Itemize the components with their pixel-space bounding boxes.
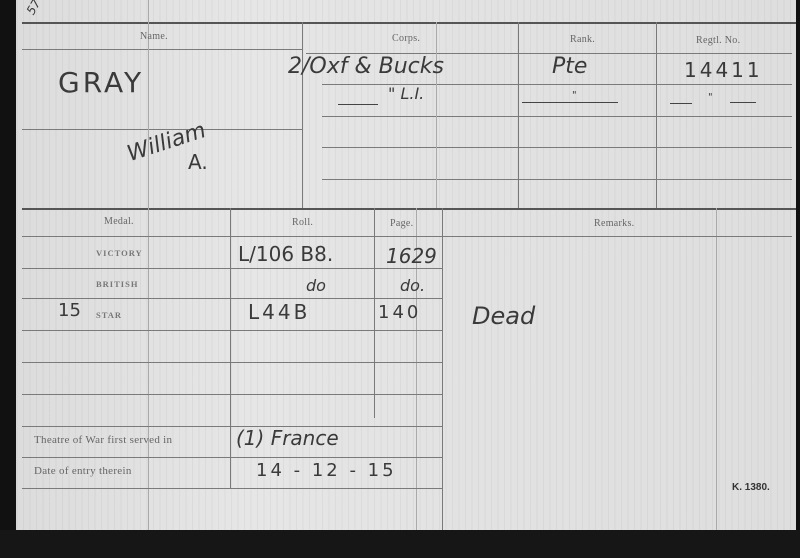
rank-ditto: " bbox=[572, 90, 577, 101]
medal-british-label: British bbox=[96, 279, 138, 289]
medal-roll-divider bbox=[230, 208, 231, 488]
scan-border-right bbox=[796, 0, 800, 558]
medal-victory-label: Victory bbox=[96, 248, 143, 258]
corps-ditto-dash bbox=[338, 104, 378, 105]
medal-rule-1 bbox=[22, 268, 442, 269]
medal-rule-3 bbox=[22, 330, 442, 331]
theatre-rule bbox=[22, 457, 442, 458]
section-divider bbox=[22, 208, 796, 210]
form-code: K. 1380. bbox=[732, 482, 770, 493]
page-header: Page. bbox=[390, 218, 413, 229]
scan-border-left bbox=[0, 0, 16, 558]
page-remarks-divider bbox=[442, 208, 443, 530]
rank-label: Rank. bbox=[570, 34, 595, 45]
british-page: do. bbox=[400, 276, 425, 295]
remarks-header: Remarks. bbox=[594, 218, 634, 229]
scan-border-bottom bbox=[0, 530, 800, 558]
star-prefix: 15 bbox=[58, 300, 81, 321]
corps-label: Corps. bbox=[392, 33, 420, 44]
roll-header: Roll. bbox=[292, 217, 313, 228]
star-page: 140 bbox=[378, 302, 421, 323]
theatre-label: Theatre of War first served in bbox=[34, 434, 172, 446]
corps-rule-2 bbox=[322, 116, 792, 117]
date-rule bbox=[22, 488, 442, 489]
medal-rule-2 bbox=[22, 298, 442, 299]
remarks-inner-line bbox=[716, 208, 717, 530]
medal-rule-5 bbox=[22, 394, 442, 395]
rank-value: Pte bbox=[552, 54, 587, 79]
date-label: Date of entry therein bbox=[34, 465, 132, 477]
medal-header-rule bbox=[22, 236, 792, 237]
star-roll: L44B bbox=[248, 300, 310, 324]
regtl-ditto: " bbox=[708, 92, 713, 103]
initial: A. bbox=[188, 150, 208, 174]
corps-inner-line bbox=[436, 22, 437, 208]
roll-page-divider bbox=[374, 208, 375, 418]
surname: GRAY bbox=[58, 66, 144, 99]
corps-rule-4 bbox=[322, 179, 792, 180]
name-header-rule bbox=[22, 49, 302, 50]
corps-value: 2/Oxf & Bucks bbox=[288, 54, 444, 79]
medal-header: Medal. bbox=[104, 216, 134, 227]
medal-index-card: 57 Name. Corps. Rank. Regtl. No. GRAY Wi… bbox=[16, 0, 796, 530]
corps-value-line2: " L.I. bbox=[388, 84, 424, 103]
name-label: Name. bbox=[140, 31, 168, 42]
name-corps-divider bbox=[302, 22, 303, 208]
rank-regtl-divider bbox=[656, 22, 657, 208]
rank-ditto-line bbox=[522, 102, 618, 103]
victory-roll: L/106 B8. bbox=[238, 242, 333, 266]
regtl-no-value: 14411 bbox=[684, 58, 763, 82]
medal-rule-6 bbox=[22, 426, 442, 427]
theatre-value: (1) France bbox=[236, 426, 339, 450]
corps-rank-divider bbox=[518, 22, 519, 208]
date-value: 14 - 12 - 15 bbox=[256, 460, 397, 481]
top-rule bbox=[22, 22, 796, 24]
regtl-ditto-dash-1 bbox=[670, 103, 692, 104]
british-roll: do bbox=[306, 276, 326, 295]
regtl-no-label: Regtl. No. bbox=[696, 35, 740, 46]
corps-rule-3 bbox=[322, 147, 792, 148]
regtl-ditto-dash-2 bbox=[730, 102, 756, 103]
paper-crease bbox=[148, 0, 149, 530]
corner-mark: 57 bbox=[24, 0, 44, 17]
medal-rule-4 bbox=[22, 362, 442, 363]
victory-page: 1629 bbox=[386, 244, 437, 268]
medal-star-label: Star bbox=[96, 310, 122, 320]
remarks-value: Dead bbox=[472, 302, 535, 330]
